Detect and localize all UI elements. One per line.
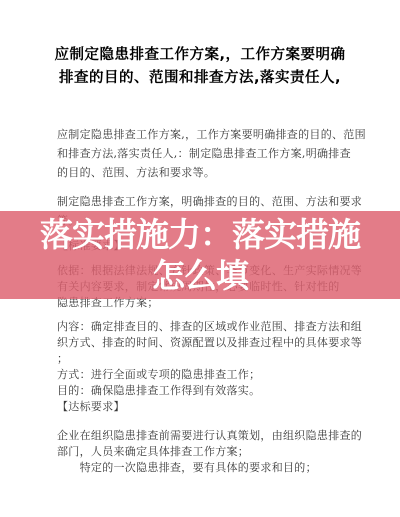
text-line: 目的：确保隐患排查工作得到有效落实。 xyxy=(57,383,350,399)
text-line: 的目的、范围、方法和要求等。 xyxy=(57,163,350,182)
text-line: 制定隐患排查工作方案，明确排查的目的、范围、方法和要求 xyxy=(57,192,350,211)
paragraph-6: 企业在组织隐患排查前需要进行认真策划，由组织隐患排查的部门，人员来确定具体排查工… xyxy=(57,428,350,476)
watermark-text-line-2: 怎么填 xyxy=(152,255,248,296)
document-page: 应制定隐患排查工作方案,，工作方案要明确 排查的目的、范围和排查方法,落实责任人… xyxy=(0,0,400,517)
text-line: 特定的一次隐患排查，要有具体的要求和目的； xyxy=(57,460,350,476)
paragraph-5: 内容：确定排查目的、排查的区域或作业范围、排查方法和组织方式、排查的时间、资源配… xyxy=(57,319,350,415)
paragraph-1: 应制定隐患排查工作方案,，工作方案要明确排查的目的、范围和排查方法,落实责任人,… xyxy=(57,125,350,182)
text-line: 内容：确定排查目的、排查的区域或作业范围、排查方法和组 xyxy=(57,319,350,335)
text-line: ； xyxy=(57,351,350,367)
text-line: 方式：进行全面或专项的隐患排查工作； xyxy=(57,367,350,383)
text-line: 应制定隐患排查工作方案,，工作方案要明确排查的目的、范围 xyxy=(57,125,350,144)
text-line: 企业在组织隐患排查前需要进行认真策划，由组织隐患排查的 xyxy=(57,428,350,444)
document-body: 应制定隐患排查工作方案,，工作方案要明确排查的目的、范围和排查方法,落实责任人,… xyxy=(57,125,350,484)
title-line-1: 应制定隐患排查工作方案,，工作方案要明确 xyxy=(0,44,400,67)
text-line: 和排查方法,落实责任人,：制定隐患排查工作方案,明确排查 xyxy=(57,144,350,163)
text-line: 【达标要求】 xyxy=(57,399,350,415)
document-title: 应制定隐患排查工作方案,，工作方案要明确 排查的目的、范围和排查方法,落实责任人… xyxy=(0,44,400,90)
text-line: 织方式、排查的时间、资源配置以及排查过程中的具体要求等 xyxy=(57,335,350,351)
title-line-2: 排查的目的、范围和排查方法,落实责任人, xyxy=(0,67,400,90)
watermark-text-line-1: 落实措施力：落实措施 xyxy=(40,214,360,255)
text-line: 部门，人员来确定具体排查工作方案； xyxy=(57,444,350,460)
watermark-overlay-band: 落实措施力：落实措施 怎么填 xyxy=(0,211,400,299)
